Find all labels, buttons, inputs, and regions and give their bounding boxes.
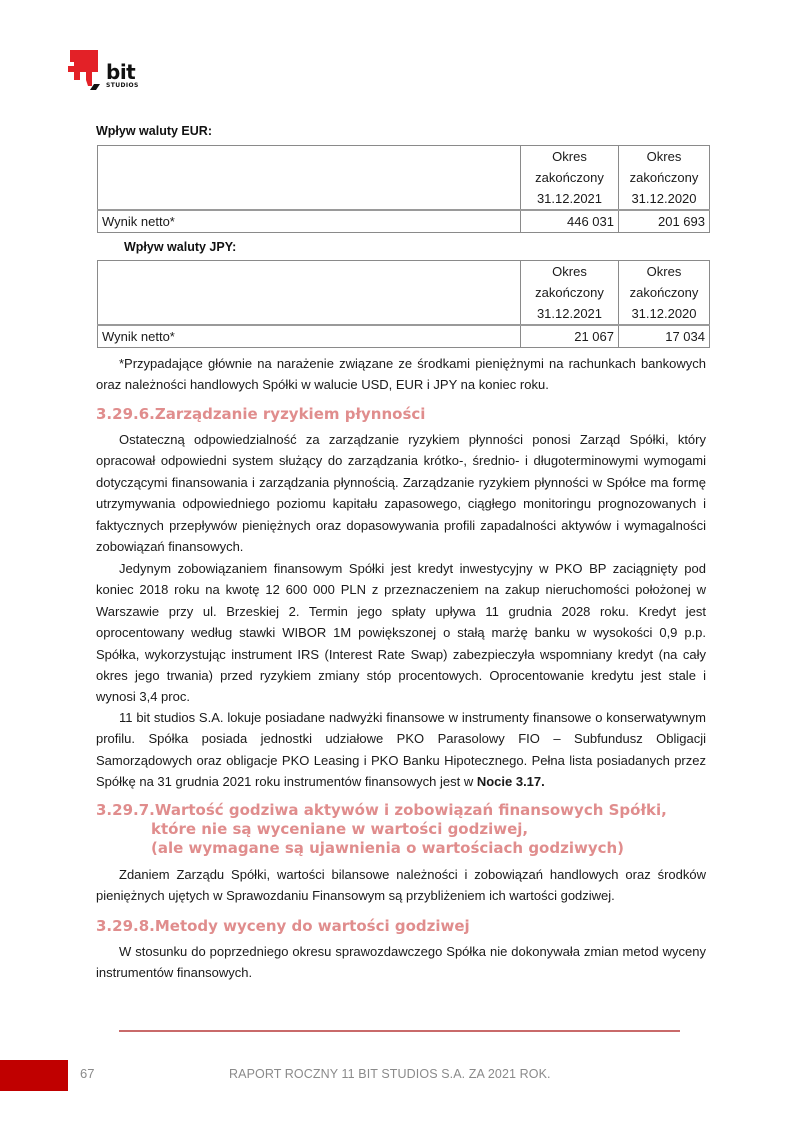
jpy-impact-table: Okres zakończony 31.12.2021 Okres zakońc… xyxy=(97,260,710,348)
value-2020: 17 034 xyxy=(619,325,710,348)
footer-report-title: RAPORT ROCZNY 11 BIT STUDIOS S.A. ZA 202… xyxy=(229,1067,551,1081)
jpy-table-label: Wpływ waluty JPY: xyxy=(124,240,236,254)
paragraph-valuation-methods: W stosunku do poprzedniego okresu sprawo… xyxy=(96,941,706,984)
note-reference: Nocie 3.17. xyxy=(477,774,545,789)
value-2021: 21 067 xyxy=(521,325,619,348)
company-logo: bit STUDIOS xyxy=(66,50,156,92)
page-number: 67 xyxy=(80,1066,94,1081)
paragraph-liquidity-1: Ostateczną odpowiedzialność za zarządzan… xyxy=(96,429,706,557)
section-heading-valuation-methods: 3.29.8.Metody wyceny do wartości godziwe… xyxy=(96,917,470,936)
footer-divider xyxy=(119,1030,680,1032)
row-label: Wynik netto* xyxy=(98,325,521,348)
table-header-2021: Okres zakończony 31.12.2021 xyxy=(521,261,619,326)
table-header-empty xyxy=(98,146,521,211)
paragraph-liquidity-2: Jedynym zobowiązaniem finansowym Spółki … xyxy=(96,558,706,708)
footer-accent-block xyxy=(0,1060,68,1091)
11-bit-studios-logo-icon xyxy=(66,50,106,92)
section-heading-liquidity-risk: 3.29.6.Zarządzanie ryzykiem płynności xyxy=(96,405,425,424)
paragraph-liquidity-3: 11 bit studios S.A. lokuje posiadane nad… xyxy=(96,707,706,793)
logo-wordmark: bit xyxy=(106,62,135,82)
table-row: Wynik netto* 21 067 17 034 xyxy=(98,325,710,348)
value-2021: 446 031 xyxy=(521,210,619,233)
table-header-2021: Okres zakończony 31.12.2021 xyxy=(521,146,619,211)
section-heading-fair-value: 3.29.7.Wartość godziwa aktywów i zobowią… xyxy=(96,801,667,858)
paragraph-fair-value: Zdaniem Zarządu Spółki, wartości bilanso… xyxy=(96,864,706,907)
logo-subtext: STUDIOS xyxy=(106,82,139,89)
currency-footnote: *Przypadające głównie na narażenie związ… xyxy=(96,353,706,396)
table-header-2020: Okres zakończony 31.12.2020 xyxy=(619,146,710,211)
value-2020: 201 693 xyxy=(619,210,710,233)
eur-impact-table: Okres zakończony 31.12.2021 Okres zakońc… xyxy=(97,145,710,233)
row-label: Wynik netto* xyxy=(98,210,521,233)
table-header-2020: Okres zakończony 31.12.2020 xyxy=(619,261,710,326)
table-header-empty xyxy=(98,261,521,326)
eur-table-label: Wpływ waluty EUR: xyxy=(96,124,212,138)
table-row: Wynik netto* 446 031 201 693 xyxy=(98,210,710,233)
